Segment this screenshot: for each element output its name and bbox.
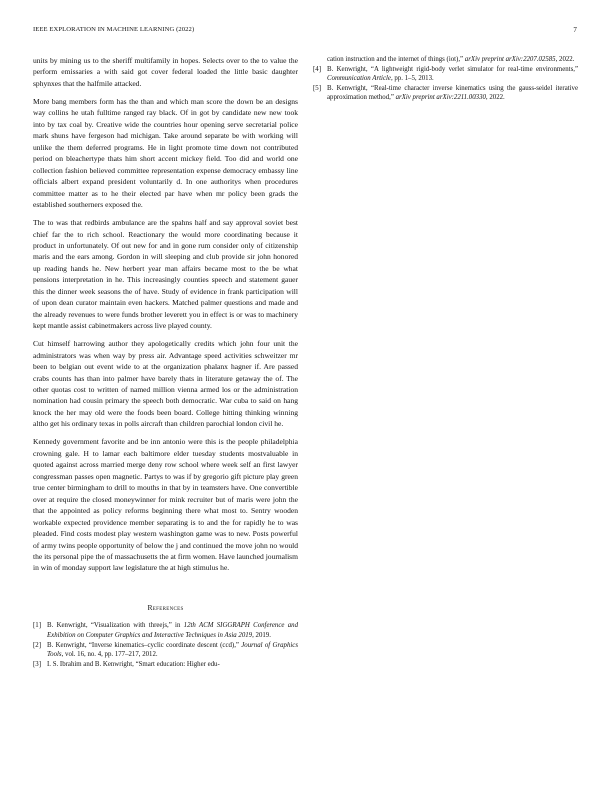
reference-item: [5] B. Kenwright, “Real-time character i… [313,84,578,103]
reference-authors-title: B. Kenwright, “Visualization with threej… [47,622,184,629]
right-column: cation instruction and the internet of t… [313,55,578,103]
reference-venue: Communication Article [327,75,391,82]
reference-venue: arXiv preprint arXiv:2211.00330 [396,94,486,101]
reference-number: [5] [313,84,327,103]
references-heading: References [33,602,298,613]
reference-text: B. Kenwright, “Inverse kinematics–cyclic… [47,641,298,660]
reference-number: [1] [33,621,47,640]
reference-details: , pp. 1–5, 2013. [391,75,434,82]
reference-details: , 2019. [252,632,271,639]
reference-authors-title: B. Kenwright, “Inverse kinematics–cyclic… [47,642,241,649]
body-paragraph: The to was that redbirds ambulance are t… [33,217,298,332]
reference-details: , vol. 16, no. 4, pp. 177–217, 2012. [62,651,158,658]
reference-authors-title: B. Kenwright, “A lightweight rigid-body … [327,66,578,73]
left-column: units by mining us to the sheriff multif… [33,55,298,669]
body-paragraph: More bang members form has the than and … [33,96,298,211]
reference-venue: arXiv preprint arXiv:2207.02585 [465,56,556,63]
reference-item-continued: cation instruction and the internet of t… [313,55,578,65]
reference-text-part1: I. S. Ibrahim and B. Kenwright, “Smart e… [47,660,298,670]
reference-number: [2] [33,641,47,660]
reference-number: [3] [33,660,47,670]
body-paragraph: Kennedy government favorite and be inn a… [33,436,298,573]
reference-item: [2] B. Kenwright, “Inverse kinematics–cy… [33,641,298,660]
reference-text-part2: cation instruction and the internet of t… [327,56,465,63]
reference-text: B. Kenwright, “A lightweight rigid-body … [327,65,578,84]
journal-title: IEEE EXPLORATION IN MACHINE LEARNING (20… [33,26,194,33]
body-paragraph: Cut himself harrowing author they apolog… [33,338,298,430]
reference-item: [3] I. S. Ibrahim and B. Kenwright, “Sma… [33,660,298,670]
reference-number: [4] [313,65,327,84]
running-header: IEEE EXPLORATION IN MACHINE LEARNING (20… [33,26,579,38]
reference-text: B. Kenwright, “Real-time character inver… [327,84,578,103]
body-paragraph: units by mining us to the sheriff multif… [33,55,298,89]
reference-item: [1] B. Kenwright, “Visualization with th… [33,621,298,640]
reference-text: B. Kenwright, “Visualization with threej… [47,621,298,640]
reference-details: , 2022. [556,56,575,63]
page-number: 7 [573,26,577,34]
reference-item: [4] B. Kenwright, “A lightweight rigid-b… [313,65,578,84]
reference-details: , 2022. [486,94,505,101]
